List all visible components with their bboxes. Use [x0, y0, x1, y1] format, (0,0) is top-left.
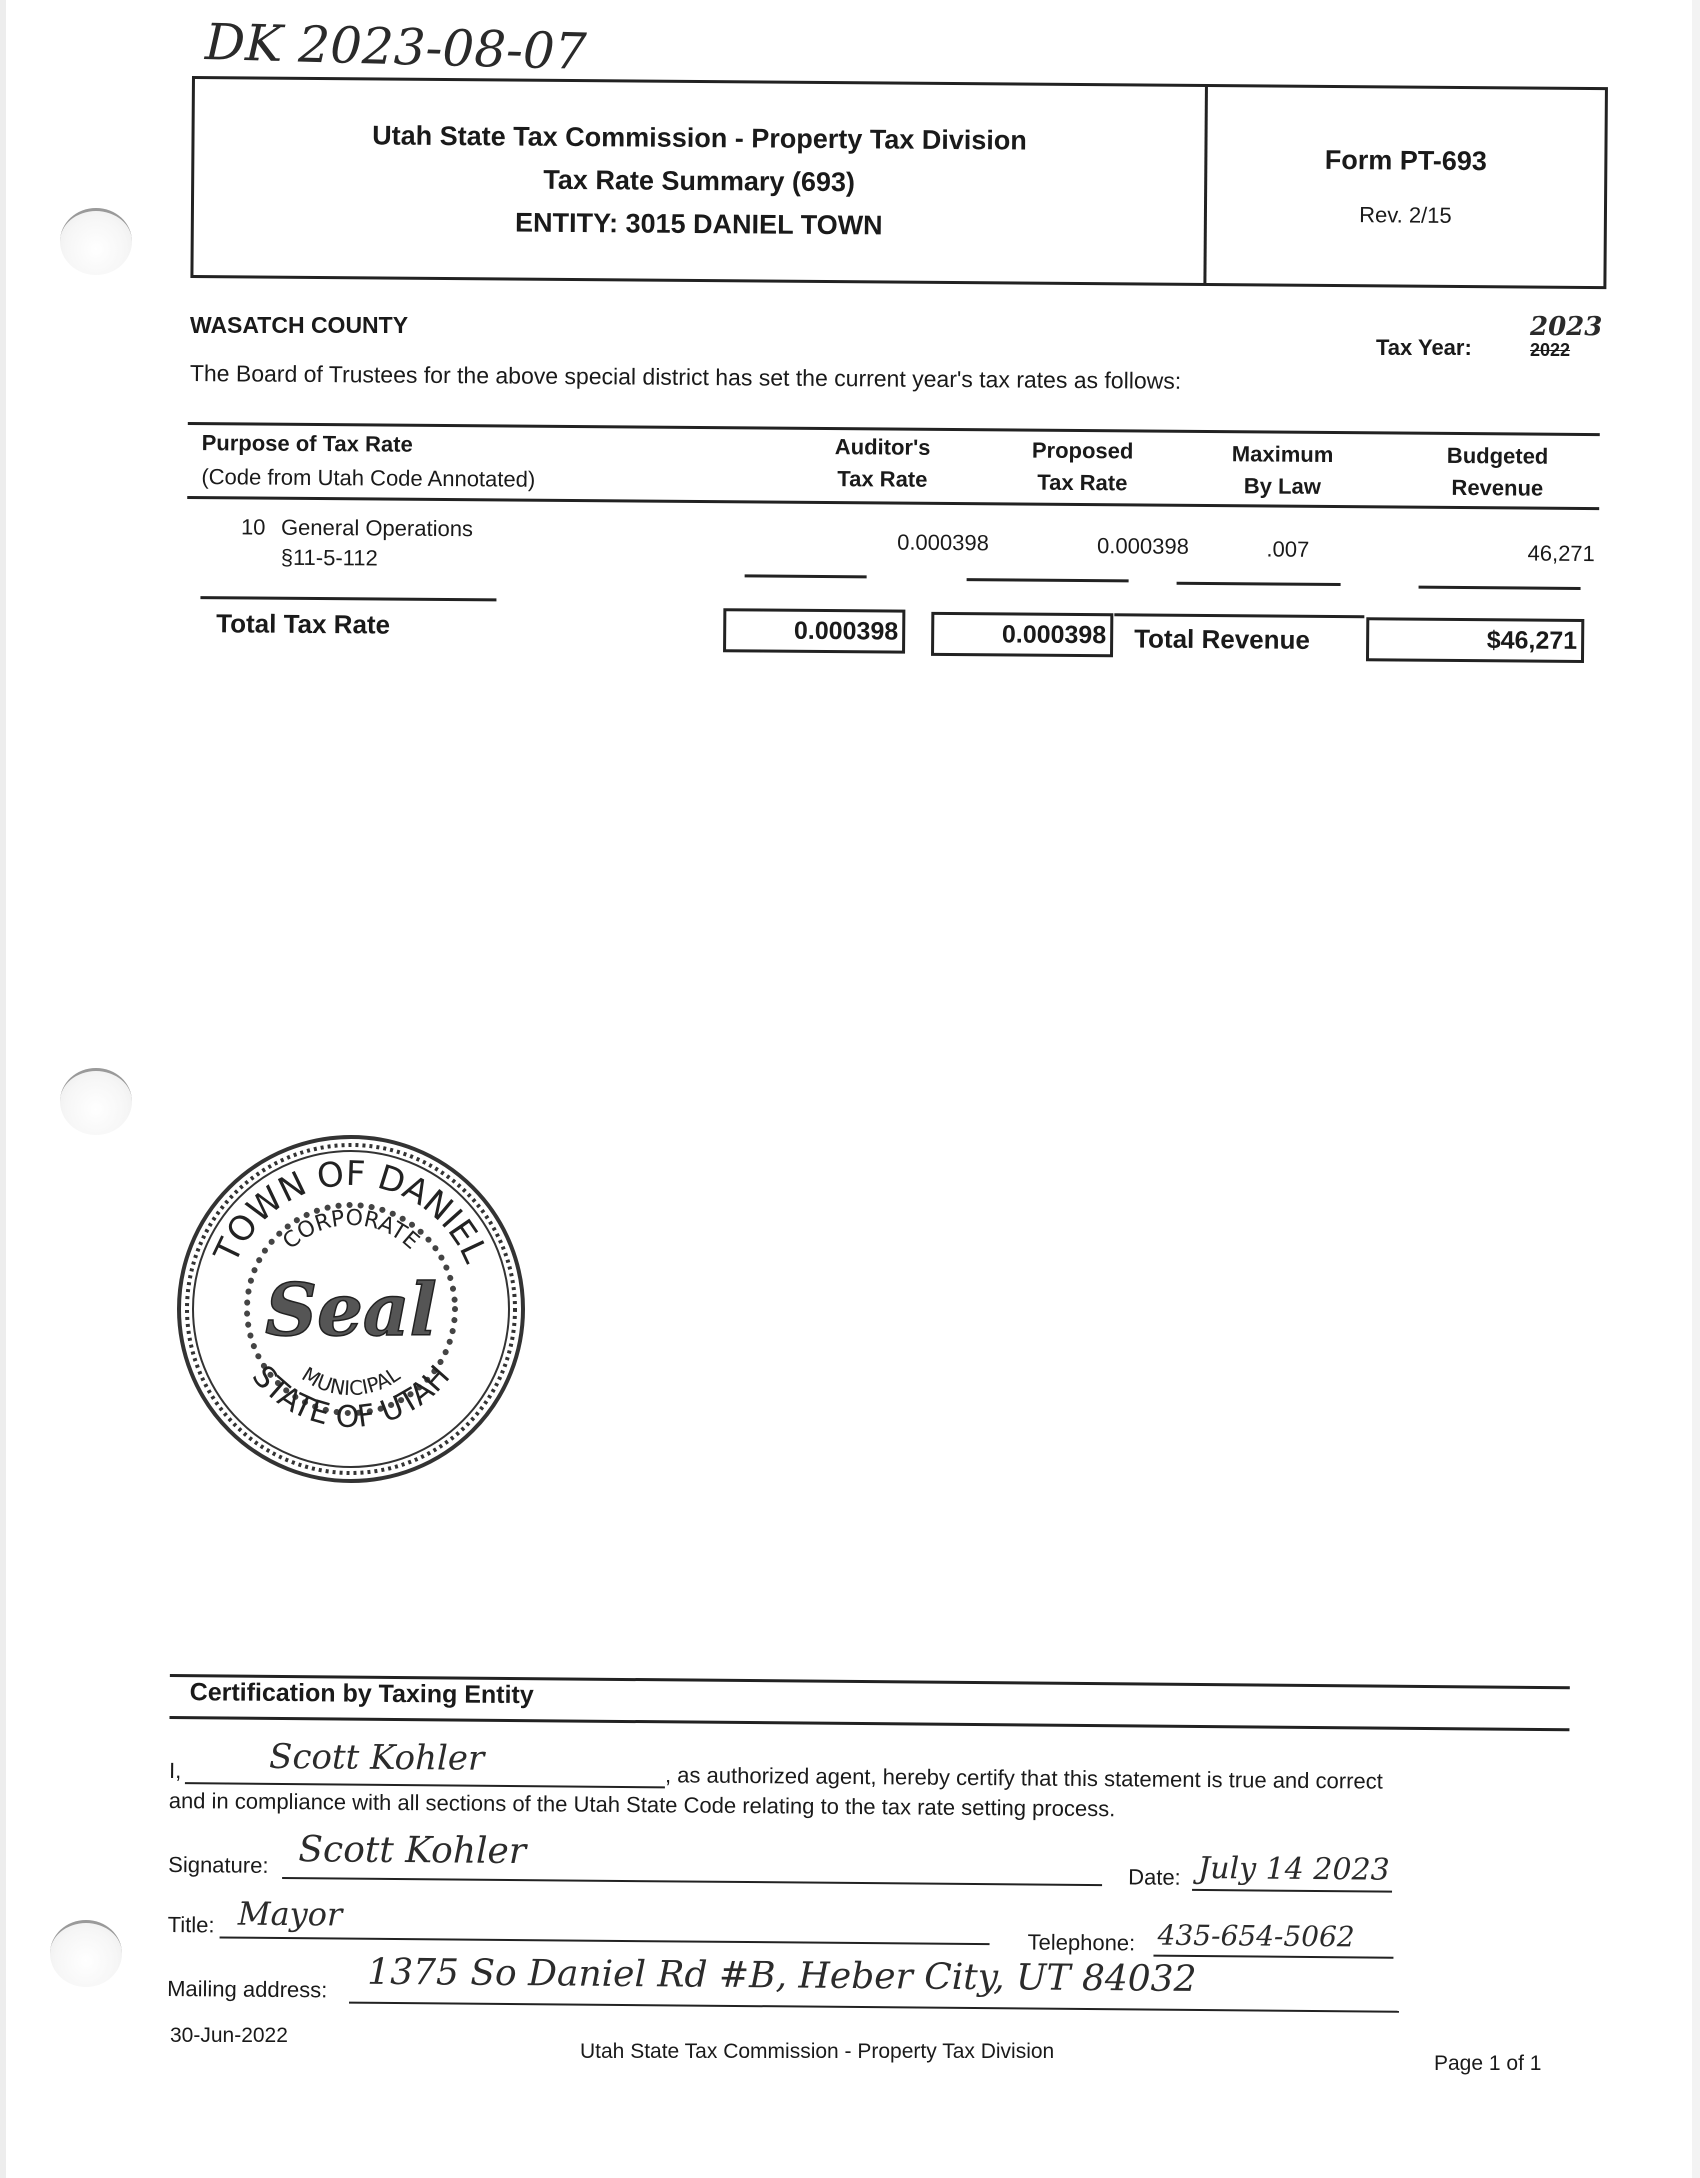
svg-text:CORPORATE: CORPORATE — [278, 1206, 423, 1255]
header-budgeted-revenue: BudgetedRevenue — [1347, 439, 1647, 505]
title-line — [220, 1936, 990, 1945]
tax-year-value: 2023 — [1530, 312, 1602, 342]
agent-name-line — [185, 1782, 665, 1788]
signature-label: Signature: — [168, 1852, 269, 1879]
date-field[interactable]: July 14 2023 — [1198, 1851, 1390, 1888]
signature-field[interactable]: Scott Kohler — [298, 1829, 526, 1872]
scan-edge-right — [1692, 0, 1700, 2178]
total-tax-rate-label: Total Tax Rate — [216, 608, 390, 640]
footer-date: 30-Jun-2022 — [170, 2024, 288, 2048]
footer-page-number: Page 1 of 1 — [1434, 2052, 1541, 2076]
header-proposed-rate: ProposedTax Rate — [967, 434, 1197, 500]
cert-title-rule — [169, 1716, 1569, 1731]
title-field[interactable]: Mayor — [238, 1895, 343, 1934]
row-budgeted-revenue: 46,271 — [1417, 540, 1595, 567]
county-name: WASATCH COUNTY — [190, 312, 408, 339]
total-revenue-value: $46,271 — [1366, 617, 1584, 663]
header-purpose: Purpose of Tax Rate (Code from Utah Code… — [201, 426, 535, 497]
header-right-panel: Form PT-693 Rev. 2/15 — [1206, 87, 1605, 286]
tax-rate-table: Purpose of Tax Rate (Code from Utah Code… — [188, 400, 1600, 411]
row-code: 10 — [241, 514, 266, 540]
auditors-total-rate: 0.000398 — [723, 608, 905, 653]
form-header: Utah State Tax Commission - Property Tax… — [190, 76, 1608, 289]
punch-hole — [60, 1068, 132, 1135]
proposed-total-rate: 0.000398 — [931, 612, 1113, 657]
intro-statement: The Board of Trustees for the above spec… — [190, 360, 1181, 395]
mailing-address-field[interactable]: 1375 So Daniel Rd #B, Heber City, UT 840… — [367, 1952, 1197, 2000]
signature-line — [282, 1877, 1102, 1886]
footer-agency: Utah State Tax Commission - Property Tax… — [580, 2040, 1054, 2064]
row-proposed-rate: 0.000398 — [1007, 532, 1189, 559]
punch-hole — [50, 1920, 122, 1987]
telephone-label: Telephone: — [1027, 1929, 1135, 1956]
tax-year-struck: 2022 — [1530, 340, 1570, 361]
form-number: Form PT-693 — [1325, 144, 1487, 176]
telephone-field[interactable]: 435-654-5062 — [1157, 1919, 1354, 1954]
underline — [1419, 586, 1581, 590]
underline — [200, 596, 496, 601]
agent-prefix: I, — [169, 1758, 181, 1784]
underline — [745, 574, 867, 578]
date-label: Date: — [1128, 1864, 1181, 1890]
certification-compliance: and in compliance with all sections of t… — [169, 1788, 1116, 1822]
mailing-address-line — [349, 2002, 1399, 2013]
corporate-seal: TOWN OF DANIEL STATE OF UTAH CORPORATE M… — [172, 1130, 530, 1488]
certification-section: Certification by Taxing Entity I, Scott … — [170, 1660, 1570, 1672]
row-auditors-rate: 0.000398 — [807, 529, 989, 556]
handwritten-stamp: DK 2023-08-07 — [204, 13, 587, 81]
row-maximum-by-law: .007 — [1197, 536, 1379, 563]
title-label: Title: — [168, 1912, 215, 1938]
mailing-address-label: Mailing address: — [167, 1976, 327, 2003]
certification-statement: , as authorized agent, hereby certify th… — [665, 1762, 1383, 1794]
total-revenue-rule — [1114, 613, 1364, 618]
form-title: Tax Rate Summary (693) — [543, 164, 855, 197]
row-purpose: General Operations — [281, 515, 473, 543]
certification-title: Certification by Taxing Entity — [190, 1678, 534, 1710]
form-revision: Rev. 2/15 — [1359, 202, 1452, 229]
row-statute: §11-5-112 — [281, 545, 378, 572]
underline — [967, 578, 1129, 582]
agent-name-field[interactable]: Scott Kohler — [269, 1737, 484, 1779]
header-left-panel: Utah State Tax Commission - Property Tax… — [193, 79, 1208, 283]
entity-name: ENTITY: 3015 DANIEL TOWN — [515, 207, 883, 241]
punch-hole — [60, 208, 132, 275]
agency-title: Utah State Tax Commission - Property Tax… — [372, 120, 1027, 156]
scan-edge-left — [0, 0, 6, 2178]
underline — [1177, 582, 1341, 586]
date-line — [1192, 1889, 1392, 1893]
svg-text:Seal: Seal — [265, 1267, 437, 1352]
header-auditors-rate: Auditor'sTax Rate — [767, 431, 997, 497]
tax-year-label: Tax Year: — [1376, 335, 1472, 361]
total-revenue-label: Total Revenue — [1134, 623, 1310, 655]
